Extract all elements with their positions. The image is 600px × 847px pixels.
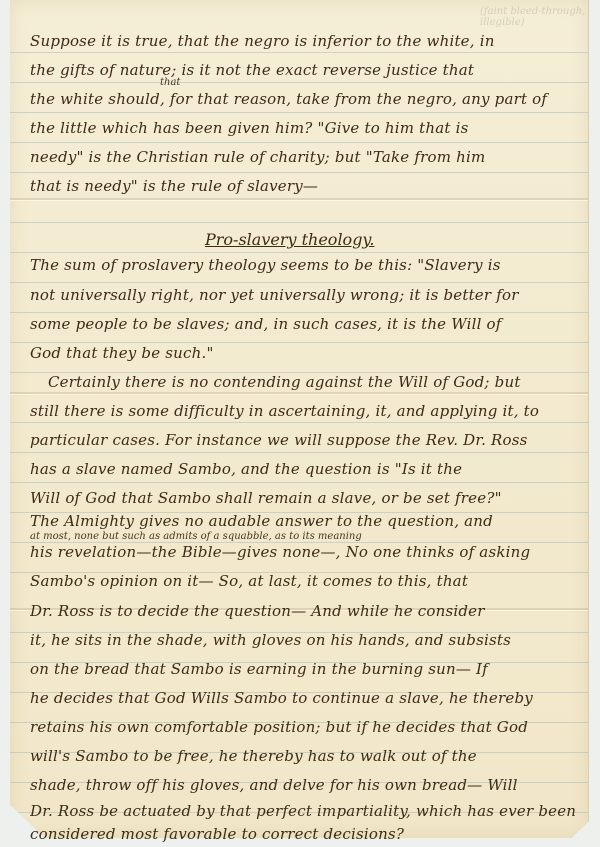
text-line: Suppose it is true, that the negro is in… bbox=[30, 32, 575, 50]
text-line: considered most favorable to correct dec… bbox=[30, 825, 575, 843]
text-line: the gifts of nature; is it not the exact… bbox=[30, 61, 575, 79]
ruled-line bbox=[10, 252, 588, 253]
text-line: will's Sambo to be free, he thereby has … bbox=[30, 747, 575, 765]
ruled-line bbox=[10, 112, 588, 113]
text-line: still there is some difficulty in ascert… bbox=[30, 402, 575, 420]
ruled-line bbox=[10, 282, 588, 283]
text-line: it, he sits in the shade, with gloves on… bbox=[30, 631, 575, 649]
ruled-line bbox=[10, 482, 588, 483]
text-line: the little which has been given him? "Gi… bbox=[30, 119, 575, 137]
text-line: needy" is the Christian rule of charity;… bbox=[30, 148, 575, 166]
ruled-line bbox=[10, 222, 588, 223]
text-line: he decides that God Wills Sambo to conti… bbox=[30, 689, 575, 707]
ruled-line bbox=[10, 312, 588, 313]
text-line: God that they be such." bbox=[30, 344, 575, 362]
fold-line bbox=[10, 392, 588, 394]
text-line: not universally right, nor yet universal… bbox=[30, 286, 575, 304]
ruled-line bbox=[10, 52, 588, 53]
ruled-line bbox=[10, 422, 588, 423]
text-line: his revelation—the Bible—gives none—, No… bbox=[30, 543, 575, 561]
section-heading: Pro-slavery theology. bbox=[205, 230, 374, 249]
text-line: the white should, for that reason, take … bbox=[30, 90, 575, 108]
interlineation: at most, none but such as admits of a sq… bbox=[30, 531, 362, 542]
text-line: The sum of proslavery theology seems to … bbox=[30, 256, 575, 274]
text-line: some people to be slaves; and, in such c… bbox=[30, 315, 575, 333]
ruled-line bbox=[10, 82, 588, 83]
interlineation: that bbox=[160, 77, 180, 88]
text-line: particular cases. For instance we will s… bbox=[30, 431, 575, 449]
text-line: that is needy" is the rule of slavery— bbox=[30, 177, 575, 195]
ruled-line bbox=[10, 172, 588, 173]
text-line: retains his own comfortable position; bu… bbox=[30, 718, 575, 736]
text-line: Will of God that Sambo shall remain a sl… bbox=[30, 489, 575, 507]
text-line: Dr. Ross is to decide the question— And … bbox=[30, 602, 575, 620]
text-line: Sambo's opinion on it— So, at last, it c… bbox=[30, 572, 575, 590]
bleed-through-text: (faint bleed-through, illegible) bbox=[480, 6, 588, 28]
ruled-line bbox=[10, 342, 588, 343]
text-line: The Almighty gives no audable answer to … bbox=[30, 512, 575, 530]
text-line: Certainly there is no contending against… bbox=[48, 373, 593, 391]
fold-line bbox=[10, 198, 588, 200]
ruled-line bbox=[10, 142, 588, 143]
ruled-line bbox=[10, 452, 588, 453]
text-line: on the bread that Sambo is earning in th… bbox=[30, 660, 575, 678]
text-line: shade, throw off his gloves, and delve f… bbox=[30, 776, 575, 794]
text-line: Dr. Ross be actuated by that perfect imp… bbox=[30, 802, 575, 820]
text-line: has a slave named Sambo, and the questio… bbox=[30, 460, 575, 478]
